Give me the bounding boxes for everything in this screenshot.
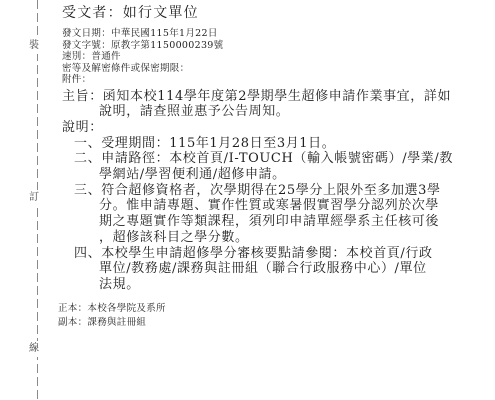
issue-date-line: 發文日期：中華民國115年1月22日: [62, 28, 487, 40]
explanation-item-3-line-3: 期之專題實作等類課程，須列印申請單經學系主任核可後: [62, 214, 487, 230]
priority-line: 速別：普通件: [62, 51, 487, 63]
explanation-label: 說明：: [62, 120, 487, 136]
explanation-item-2-line-2: 學網站/學習便利通/超修申請。: [62, 167, 487, 183]
subject-line-1: 主旨：函知本校114學年度第2學期學生超修申請作業事宜，詳如: [62, 89, 487, 105]
classification-line: 密等及解密條件或保密期限：: [62, 63, 487, 75]
binding-mark-ding: 訂: [26, 190, 42, 206]
meta-block: 發文日期：中華民國115年1月22日 發文字號：原教字第1150000239號 …: [62, 28, 487, 86]
recipient-line: 受文者：如行文單位: [62, 5, 487, 21]
binding-mark-xian: 線: [26, 341, 42, 357]
copies-block: 正本：本校各學院及系所 副本：課務與註冊組: [58, 302, 487, 330]
explanation-item-2-line-1: 二、申請路徑：本校首頁/I-TOUCH（輸入帳號密碼）/學業/教: [62, 151, 487, 167]
original-copy-line: 正本：本校各學院及系所: [58, 302, 487, 316]
explanation-item-3-line-4: ，超修該科目之學分數。: [62, 230, 487, 246]
official-document-page: 裝 訂 線 受文者：如行文單位 發文日期：中華民國115年1月22日 發文字號：…: [0, 0, 495, 400]
explanation-item-4-line-3: 法規。: [62, 277, 487, 293]
binding-mark-zhuang: 裝: [26, 38, 42, 54]
explanation-item-4-line-1: 四、本校學生申請超修學分審核要點請參閱：本校首頁/行政: [62, 246, 487, 262]
carbon-copy-line: 副本：課務與註冊組: [58, 316, 487, 330]
explanation-item-1: 一、受理期間：115年1月28日至3月1日。: [62, 136, 487, 152]
issue-number-line: 發文字號：原教字第1150000239號: [62, 40, 487, 52]
explanation-item-3-line-1: 三、符合超修資格者，次學期得在25學分上限外至多加選3學: [62, 183, 487, 199]
attachment-line: 附件：: [62, 74, 487, 86]
body-block: 主旨：函知本校114學年度第2學期學生超修申請作業事宜，詳如 說明，請查照並惠予…: [62, 89, 487, 293]
subject-line-2: 說明，請查照並惠予公告周知。: [62, 104, 487, 120]
explanation-item-3-line-2: 分。惟申請專題、實作性質或寒暑假實習學分認列於次學: [62, 198, 487, 214]
explanation-item-4-line-2: 單位/教務處/課務與註冊組（聯合行政服務中心）/單位: [62, 261, 487, 277]
document-content: 受文者：如行文單位 發文日期：中華民國115年1月22日 發文字號：原教字第11…: [62, 0, 487, 330]
